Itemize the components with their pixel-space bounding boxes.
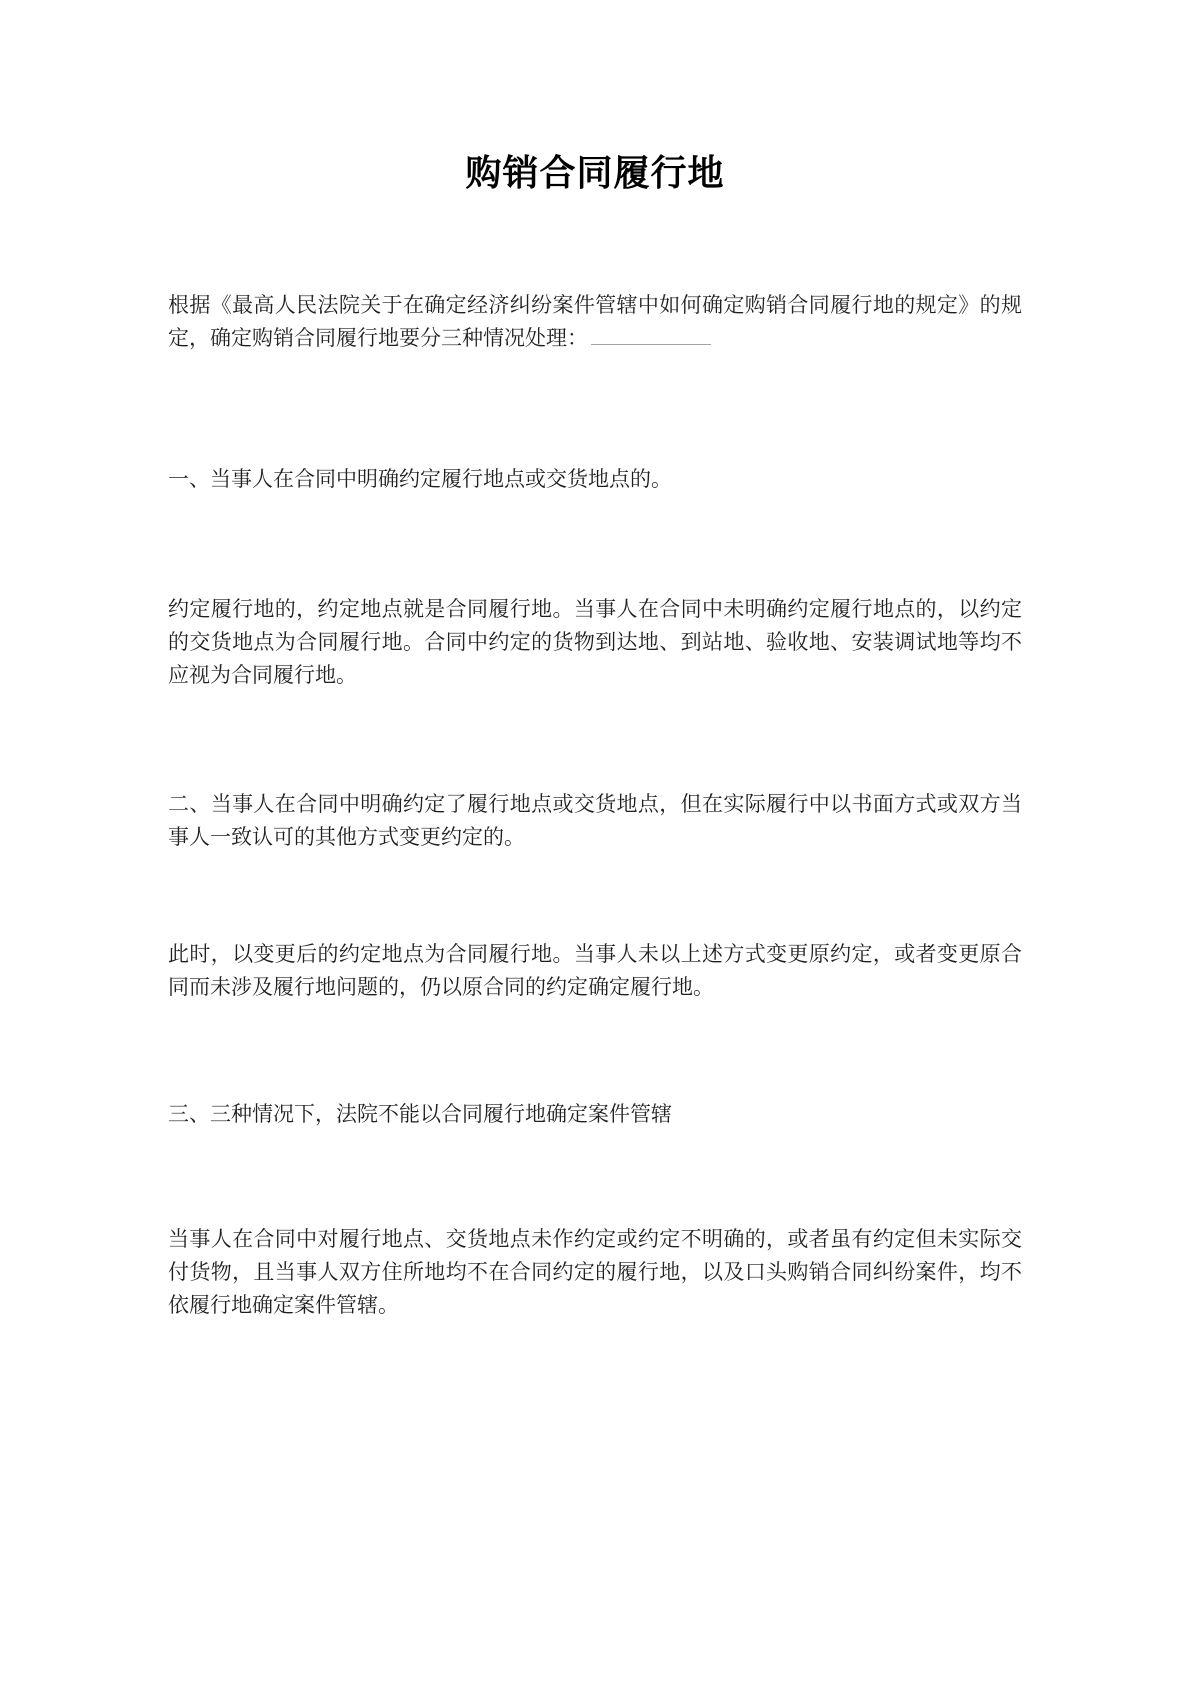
section-3-body: 当事人在合同中对履行地点、交货地点未作约定或约定不明确的，或者虽有约定但未实际交… [168, 1223, 1022, 1322]
section-2-heading: 二、当事人在合同中明确约定了履行地点或交货地点，但在实际履行中以书面方式或双方当… [168, 788, 1022, 854]
intro-paragraph: 根据《最高人民法院关于在确定经济纠纷案件管辖中如何确定购销合同履行地的规定》的规… [168, 289, 1022, 355]
section-2-body: 此时，以变更后的约定地点为合同履行地。当事人未以上述方式变更原约定，或者变更原合… [168, 938, 1022, 1004]
section-1-heading: 一、当事人在合同中明确约定履行地点或交货地点的。 [168, 463, 1022, 496]
section-1-body: 约定履行地的，约定地点就是合同履行地。当事人在合同中未明确约定履行地点的，以约定… [168, 593, 1022, 692]
document-title: 购销合同履行地 [168, 142, 1022, 204]
fill-in-blank-underline [591, 323, 711, 345]
document-page: 购销合同履行地 根据《最高人民法院关于在确定经济纠纷案件管辖中如何确定购销合同履… [0, 0, 1190, 1683]
section-3-heading: 三、三种情况下，法院不能以合同履行地确定案件管辖 [168, 1098, 1022, 1131]
